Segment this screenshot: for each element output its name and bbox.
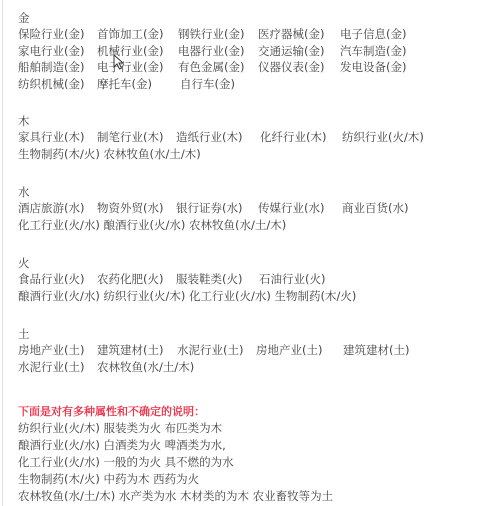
list-item: 家具行业(木) xyxy=(18,129,97,146)
section-fire: 火 食品行业(火)农药化肥(火)服装鞋类(火)石油行业(火) 酿酒行业(火/水)… xyxy=(18,255,498,304)
list-item: 水泥行业(土) xyxy=(177,342,256,359)
list-item: 纺织行业(火/木) xyxy=(342,129,424,146)
list-item: 食品行业(火) xyxy=(18,271,97,288)
list-item: 电子行业(金) xyxy=(97,59,178,76)
list-item: 仪器仪表(金) xyxy=(258,59,340,76)
left-border xyxy=(2,0,3,506)
list-item: 化工行业(火/水) xyxy=(18,217,100,234)
list-row: 家具行业(木)制笔行业(木)造纸行业(木)化纤行业(木)纺织行业(火/木) xyxy=(18,129,498,146)
list-item: 酿酒行业(火/水) xyxy=(18,288,100,305)
section-water: 水 酒店旅游(水)物资外贸(水)银行证券(水)传媒行业(水)商业百货(水) 化工… xyxy=(18,184,498,233)
list-item: 农药化肥(火) xyxy=(97,271,176,288)
list-item: 农林牧鱼(水/土/木) xyxy=(189,217,286,234)
list-item: 汽车制造(金) xyxy=(340,43,406,60)
list-item: 服装鞋类(火) xyxy=(176,271,259,288)
section-title: 土 xyxy=(18,326,498,342)
section-wood: 木 家具行业(木)制笔行业(木)造纸行业(木)化纤行业(木)纺织行业(火/木) … xyxy=(18,113,498,162)
list-row: 化工行业(火/水) 酿酒行业(火/水) 农林牧鱼(水/土/木) xyxy=(18,217,498,234)
section-title: 火 xyxy=(18,255,498,271)
list-row: 保险行业(金)首饰加工(金)钢铁行业(金)医疗器械(金)电子信息(金) xyxy=(18,26,498,43)
list-row: 水泥行业(土)农林牧鱼(水/土/木) xyxy=(18,359,498,376)
list-row: 生物制药(木/火) 农林牧鱼(水/土/木) xyxy=(18,146,498,163)
list-item: 商业百货(水) xyxy=(342,200,408,217)
list-item: 酒店旅游(水) xyxy=(18,200,97,217)
list-item: 自行车(金) xyxy=(180,76,235,93)
list-item: 交通运输(金) xyxy=(258,43,340,60)
list-item: 纺织机械(金) xyxy=(18,76,97,93)
list-item: 化纤行业(木) xyxy=(260,129,342,146)
section-title: 水 xyxy=(18,184,498,200)
list-item: 电器行业(金) xyxy=(178,43,258,60)
list-item: 石油行业(火) xyxy=(259,271,325,288)
list-row: 食品行业(火)农药化肥(火)服装鞋类(火)石油行业(火) xyxy=(18,271,498,288)
list-row: 房地产业(土)建筑建材(土)水泥行业(土)房地产业(土)建筑建材(土) xyxy=(18,342,498,359)
list-item: 生物制药(木/火) xyxy=(275,288,357,305)
note-line: 生物制药(木/火) 中药为木 西药为火 xyxy=(18,471,498,488)
list-item: 农林牧鱼(水/土/木) xyxy=(104,146,201,163)
list-item: 制笔行业(木) xyxy=(97,129,176,146)
list-item: 纺织行业(火/木) xyxy=(104,288,186,305)
list-item: 物资外贸(水) xyxy=(97,200,176,217)
section-title: 金 xyxy=(18,10,498,26)
list-item: 建筑建材(土) xyxy=(97,342,177,359)
list-item: 造纸行业(木) xyxy=(176,129,260,146)
notes-section: 下面是对有多种属性和不确定的说明： 纺织行业(火/木) 服装类为火 布匹类为木 … xyxy=(18,403,498,505)
list-item: 发电设备(金) xyxy=(340,59,406,76)
list-item: 银行证券(水) xyxy=(176,200,258,217)
list-item: 机械行业(金) xyxy=(97,43,178,60)
list-item: 首饰加工(金) xyxy=(97,26,178,43)
list-item: 船舶制造(金) xyxy=(18,59,97,76)
list-item: 酿酒行业(火/水) xyxy=(104,217,186,234)
list-item: 钢铁行业(金) xyxy=(178,26,258,43)
article-content: 金 保险行业(金)首饰加工(金)钢铁行业(金)医疗器械(金)电子信息(金) 家电… xyxy=(18,10,498,505)
list-item: 生物制药(木/火) xyxy=(18,146,100,163)
section-title: 木 xyxy=(18,113,498,129)
list-item: 农林牧鱼(水/土/木) xyxy=(97,359,194,376)
list-item: 保险行业(金) xyxy=(18,26,97,43)
note-line: 农林牧鱼(水/土/木) 水产类为水 木材类的为木 农业畜牧等为土 xyxy=(18,488,498,505)
mouse-cursor-icon xyxy=(113,54,125,70)
list-row: 酿酒行业(火/水) 纺织行业(火/木) 化工行业(火/水) 生物制药(木/火) xyxy=(18,288,498,305)
section-earth: 土 房地产业(土)建筑建材(土)水泥行业(土)房地产业(土)建筑建材(土) 水泥… xyxy=(18,326,498,375)
list-item: 有色金属(金) xyxy=(178,59,258,76)
list-row: 家电行业(金)机械行业(金)电器行业(金)交通运输(金)汽车制造(金) xyxy=(18,43,498,60)
list-item: 医疗器械(金) xyxy=(258,26,340,43)
list-row: 船舶制造(金)电子行业(金)有色金属(金)仪器仪表(金)发电设备(金) xyxy=(18,59,498,76)
list-item: 电子信息(金) xyxy=(340,26,406,43)
list-item: 化工行业(火/水) xyxy=(189,288,271,305)
note-line: 纺织行业(火/木) 服装类为火 布匹类为木 xyxy=(18,420,498,437)
list-row: 纺织机械(金)摩托车(金)自行车(金) xyxy=(18,76,498,93)
note-line: 酿酒行业(火/水) 白酒类为火 啤酒类为水, xyxy=(18,437,498,454)
list-row: 酒店旅游(水)物资外贸(水)银行证券(水)传媒行业(水)商业百货(水) xyxy=(18,200,498,217)
list-item: 摩托车(金) xyxy=(97,76,180,93)
list-item: 建筑建材(土) xyxy=(343,342,409,359)
list-item: 家电行业(金) xyxy=(18,43,97,60)
notes-title: 下面是对有多种属性和不确定的说明： xyxy=(18,403,498,420)
list-item: 房地产业(土) xyxy=(256,342,343,359)
list-item: 传媒行业(水) xyxy=(258,200,342,217)
list-item: 水泥行业(土) xyxy=(18,359,97,376)
list-item: 房地产业(土) xyxy=(18,342,97,359)
note-line: 化工行业(火/水) 一般的为火 具不燃的为水 xyxy=(18,454,498,471)
section-metal: 金 保险行业(金)首饰加工(金)钢铁行业(金)医疗器械(金)电子信息(金) 家电… xyxy=(18,10,498,92)
